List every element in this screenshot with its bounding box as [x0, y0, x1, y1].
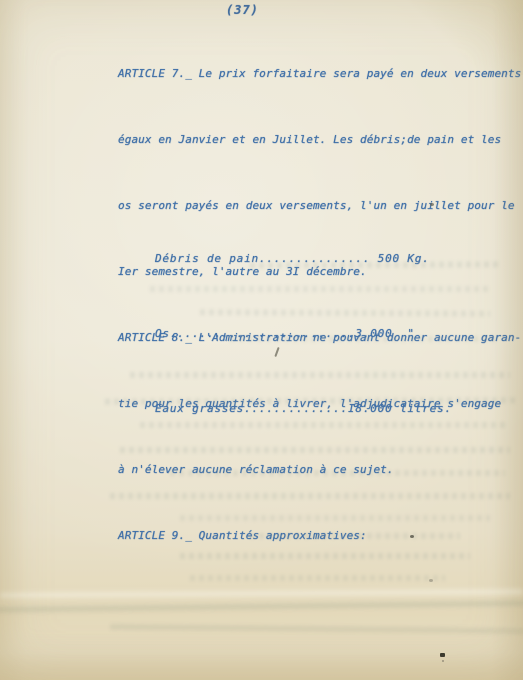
quantity-line-eaux: Eaux grasses..............I8.000 litres. — [155, 396, 485, 421]
quantities-list: Débris de pain............... 500 Kg. Os… — [155, 196, 485, 471]
paper-crease — [110, 622, 523, 636]
page-number: (37) — [226, 3, 259, 17]
text-line-article9-heading: ARTICLE 9._ Quantités approximatives: — [118, 525, 522, 547]
text-line-article7-2: égaux en Janvier et en Juillet. Les débr… — [118, 129, 522, 151]
paper-crease — [0, 598, 523, 616]
text-line-article7-1: ARTICLE 7._ Le prix forfaitaire sera pay… — [118, 63, 522, 85]
quantity-line-os: Os.........................3.000 " — [155, 321, 485, 346]
quantity-line-pain: Débris de pain............... 500 Kg. — [155, 246, 485, 271]
ink-speck — [440, 653, 445, 657]
ink-speck — [430, 203, 434, 206]
ink-speck — [442, 660, 444, 662]
scanned-page: (37) ARTICLE 7._ Le prix forfaitaire ser… — [0, 0, 523, 680]
ink-speck — [410, 535, 414, 538]
ink-speck — [429, 579, 433, 582]
